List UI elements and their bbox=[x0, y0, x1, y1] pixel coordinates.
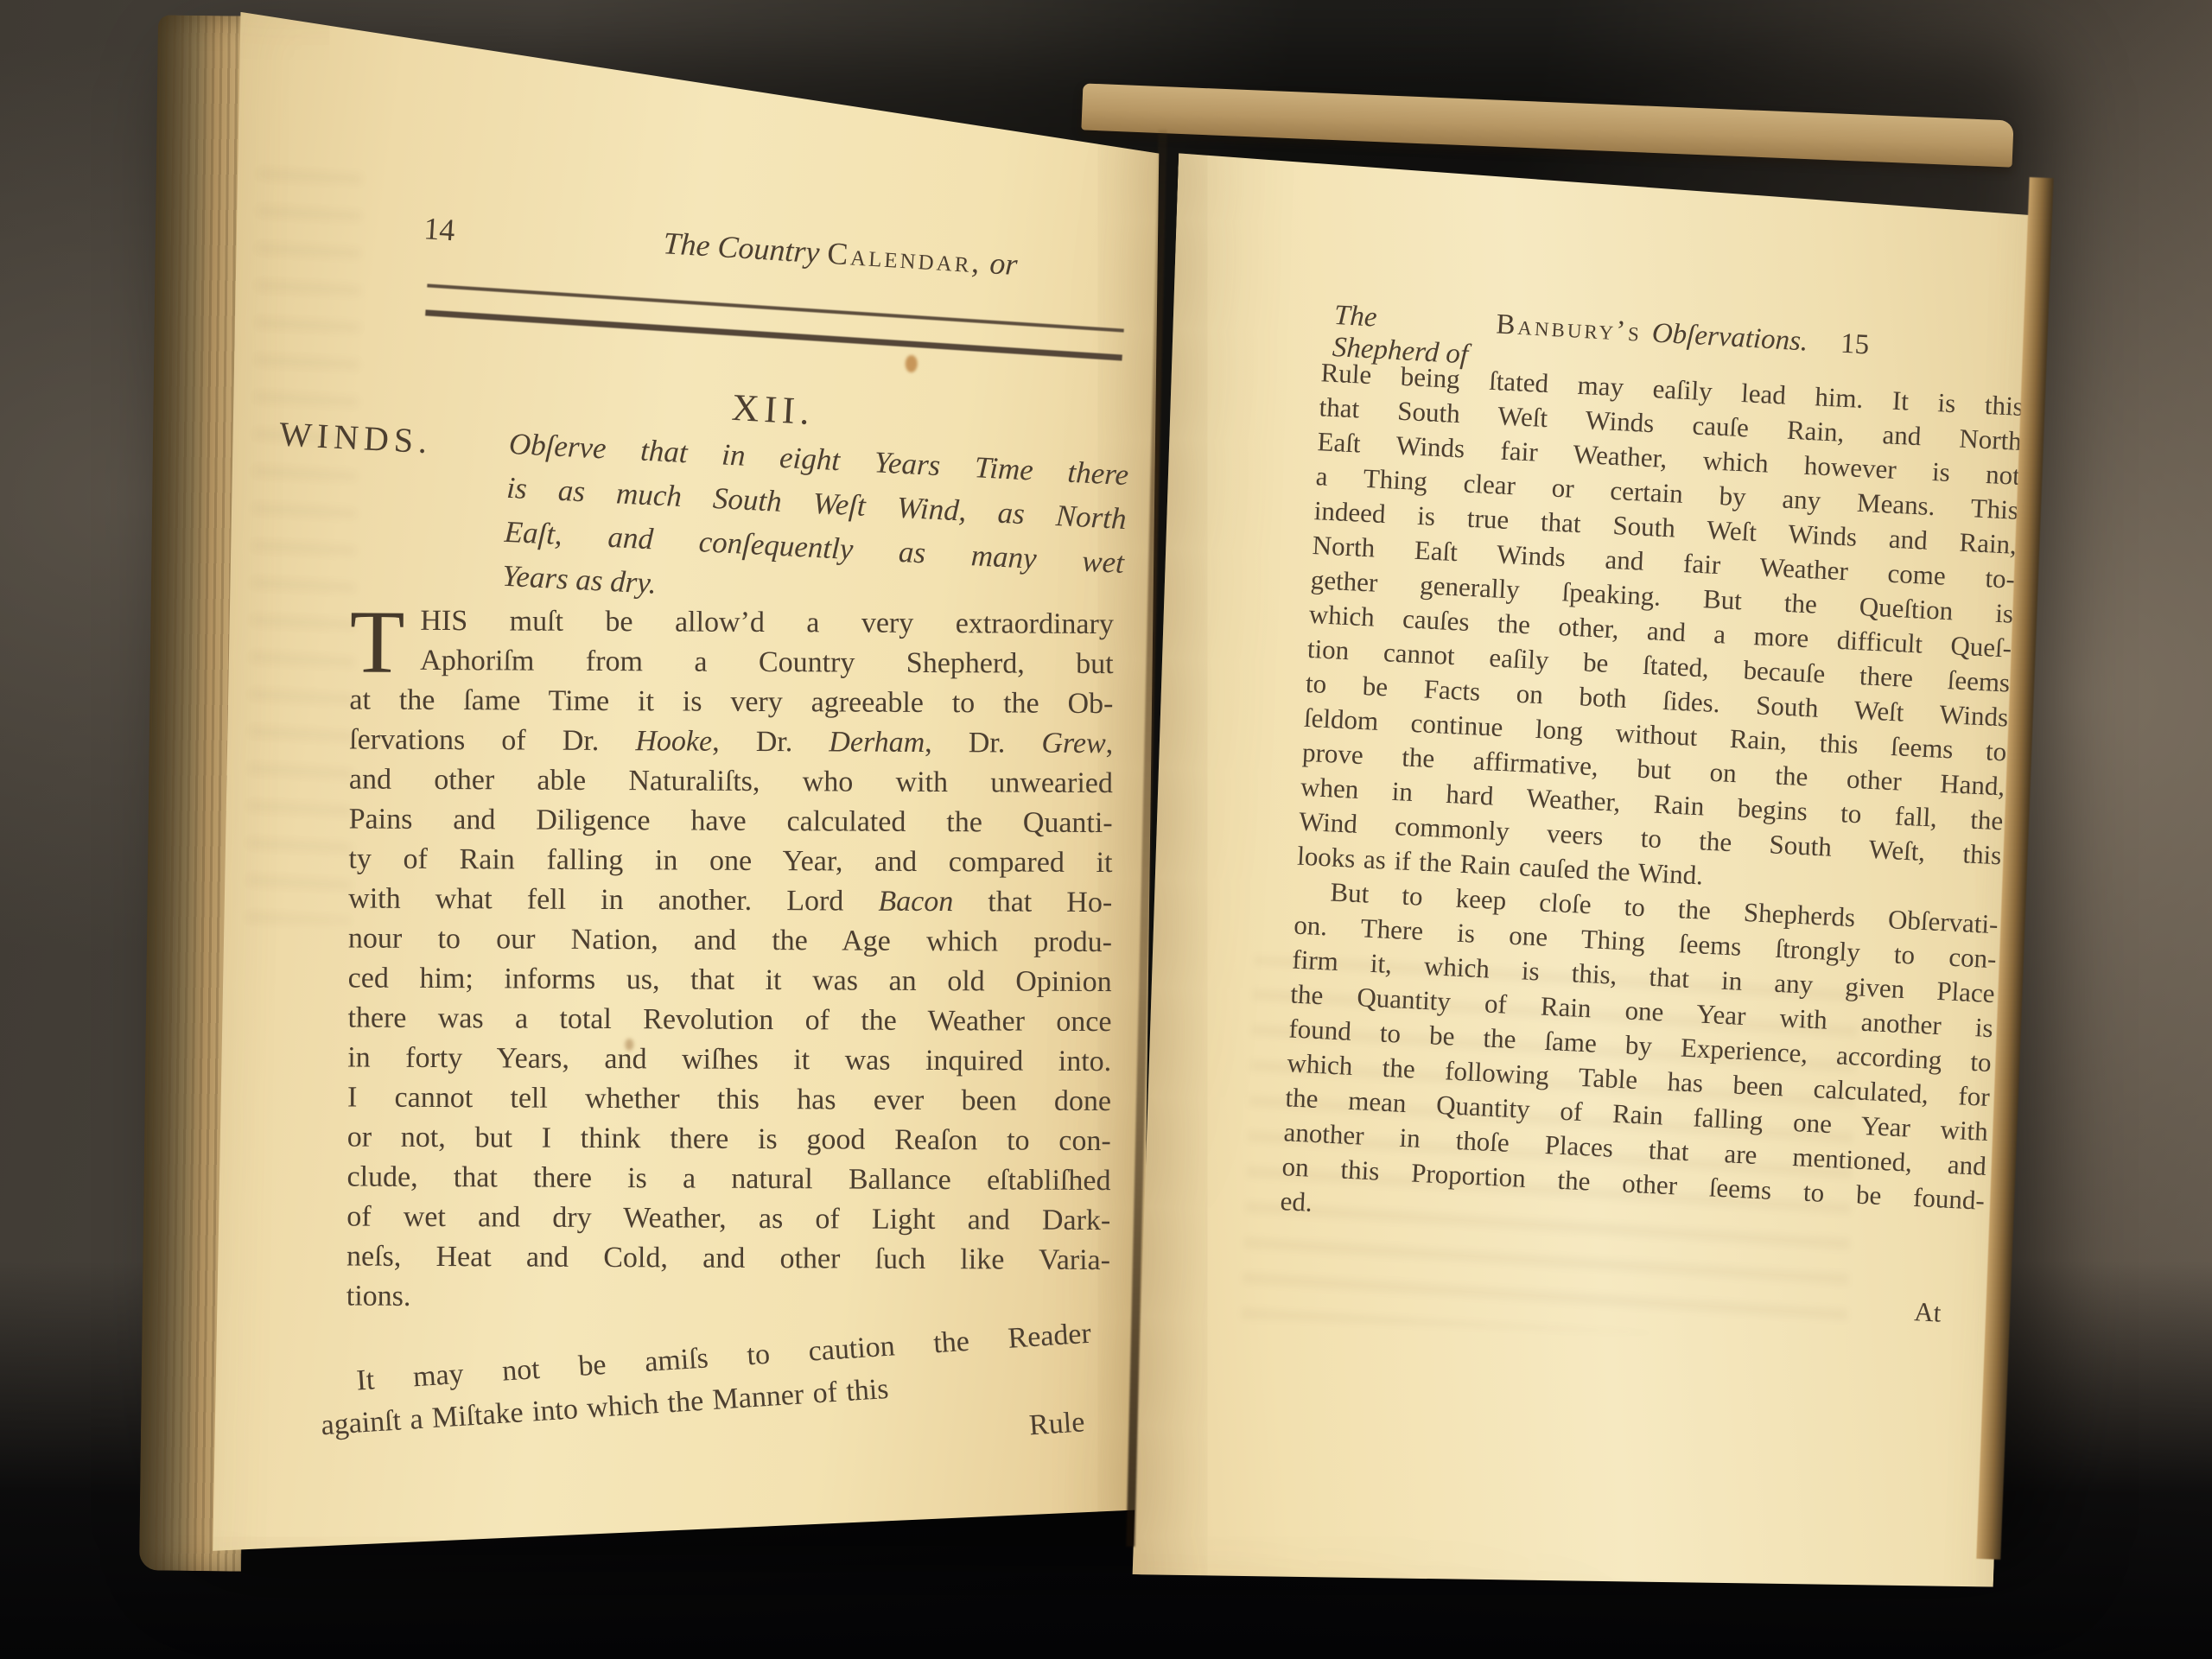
page-number: 15 bbox=[1840, 328, 1870, 362]
running-title-italic: The Country bbox=[663, 226, 821, 270]
body-paragraph: But to keep cloſe to the Shepherds Obſer… bbox=[1280, 874, 1999, 1253]
running-title-italic: Obſervations. bbox=[1651, 318, 1808, 359]
text-line: and other able Naturaliſts, who with unw… bbox=[349, 760, 1113, 804]
thick-rule bbox=[425, 309, 1122, 360]
running-header: 14 The Country Calendar, or bbox=[423, 210, 1146, 290]
running-title: The Country Calendar, or bbox=[535, 217, 1146, 290]
left-page: 14 The Country Calendar, or XII. WINDS. … bbox=[211, 6, 1165, 1569]
text-line: with what fell in another. Lord Bacon th… bbox=[348, 879, 1112, 923]
body-text: Rule being ſtated may eaſily lead him. I… bbox=[1275, 355, 2024, 1332]
text-line: neſs, Heat and Cold, and other ſuch like… bbox=[346, 1236, 1110, 1281]
text-line: ty of Rain falling in one Year, and comp… bbox=[348, 839, 1112, 883]
text-line: clude, that there is a natural Ballance … bbox=[346, 1157, 1110, 1201]
running-title-smallcaps: Calendar, bbox=[826, 236, 983, 280]
text-line: ſervations of Dr. Hooke, Dr. Derham, Dr.… bbox=[349, 720, 1113, 764]
text-line: there was a total Revolution of the Weat… bbox=[347, 998, 1111, 1042]
running-title-italic: or bbox=[988, 245, 1018, 282]
body-paragraph: T HIS muſt be allow’d a very extraordina… bbox=[346, 601, 1114, 1320]
text-line: ced him; informs us, that it was an old … bbox=[348, 958, 1112, 1002]
text-line: Pains and Diligence have calculated the … bbox=[349, 799, 1113, 843]
page-number: 14 bbox=[423, 210, 537, 253]
text-line: tions. bbox=[346, 1276, 1110, 1320]
header-rules bbox=[425, 283, 1124, 360]
right-page: The Shepherd of Banbury’s Obſervations. … bbox=[1129, 106, 2046, 1605]
text-line: I cannot tell whether this has ever been… bbox=[347, 1077, 1111, 1122]
body-paragraph: Rule being ſtated may eaſily lead him. I… bbox=[1296, 355, 2024, 907]
text-line: of wet and dry Weather, as of Light and … bbox=[346, 1197, 1110, 1241]
text-line: Aphoriſm from a Country Shepherd, but bbox=[350, 640, 1114, 684]
drop-cap: T bbox=[350, 606, 405, 678]
text-line: in forty Years, and wiſhes it was inquir… bbox=[347, 1038, 1111, 1082]
body-paragraph: It may not be amiſs to caution the Reade… bbox=[317, 1313, 1098, 1493]
foxing-stain bbox=[906, 355, 918, 372]
open-book: 14 The Country Calendar, or XII. WINDS. … bbox=[0, 0, 2212, 1659]
paragraph-lines: HIS muſt be allow’d a very extraordinary… bbox=[346, 601, 1114, 1320]
photo-background: 14 The Country Calendar, or XII. WINDS. … bbox=[0, 0, 2212, 1659]
text-line: nour to our Nation, and the Age which pr… bbox=[348, 918, 1112, 963]
text-line: at the ſame Time it is very agreeable to… bbox=[349, 680, 1113, 724]
running-title-smallcaps: Banbury’s bbox=[1496, 308, 1643, 348]
text-line: or not, but I think there is good Reaſon… bbox=[347, 1117, 1111, 1161]
aphorism: Obſerve that in eight Years Time thereis… bbox=[501, 422, 1129, 629]
thin-rule bbox=[427, 283, 1124, 332]
section-label: WINDS. bbox=[271, 410, 479, 595]
text-line: HIS muſt be allow’d a very extraordinary bbox=[350, 601, 1114, 645]
